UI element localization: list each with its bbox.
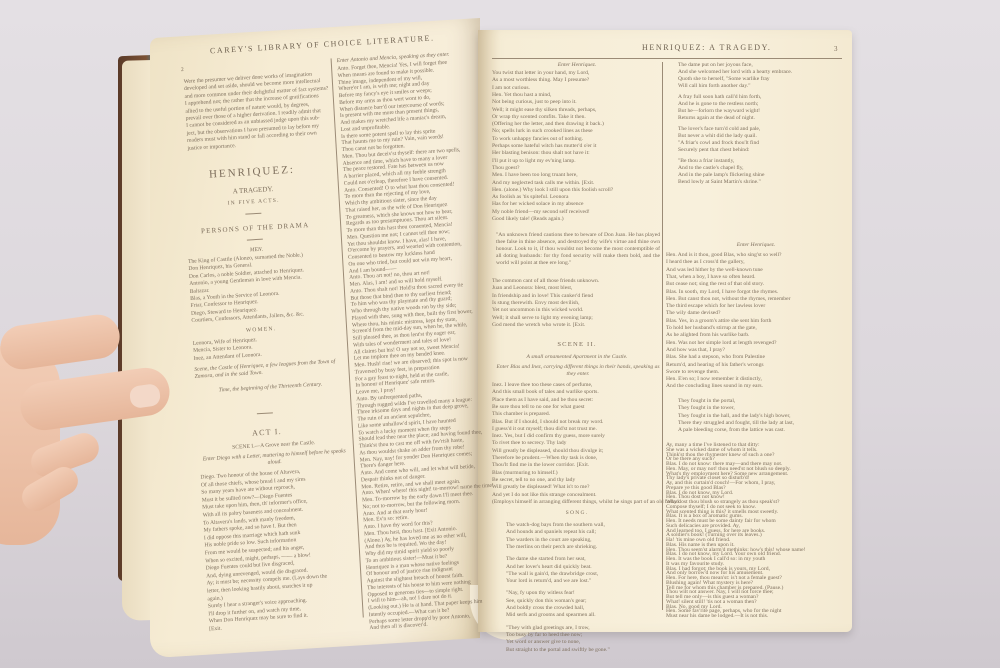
header-rule: [492, 58, 842, 59]
text-line: My noble friend—my second self received!: [492, 209, 590, 216]
acts-note: IN FIVE ACTS.: [199, 196, 309, 209]
verse-line: Returns again at the dead of night.: [678, 115, 755, 122]
text-line: God mend the wretch who wrote it. [Exit.: [492, 322, 585, 329]
text-line: I am not curious.: [492, 85, 530, 92]
photo-scene: 2 CAREY'S LIBRARY OF CHOICE LITERATURE. …: [0, 0, 1000, 668]
page-number-right: 3: [834, 46, 838, 54]
text-line: Be sure thou tell to no one for what gue…: [492, 404, 584, 411]
text-line: (Employs himself in arranging different …: [492, 499, 680, 506]
text-line: Good likely tale! (Reads again.): [492, 216, 564, 223]
text-line: Be secret, tell to no one, and thy lady: [492, 477, 575, 484]
verse-line: The watch-dog bays from the southern wal…: [506, 522, 605, 529]
text-line: Perhaps some hateful witch has mutter'd …: [492, 143, 596, 150]
index-finger: [0, 312, 122, 372]
scene2-setting: A small ornamented Apartment in the Cast…: [492, 354, 662, 361]
verse-line: Securely pent that chest behind:: [678, 147, 749, 154]
text-line: In friendship and in love! This canker'd…: [492, 293, 593, 300]
text-line: Her blasting benison: thou shalt not hav…: [492, 150, 590, 157]
enter-henriquez: Enter Henriquez.: [492, 62, 662, 69]
text-line: Has for her wicked solace in my absence: [492, 201, 583, 208]
text-line: A pale bleeding corse, from the lattice …: [678, 427, 785, 434]
verse-line: And her lover's heart did quickly beat.: [506, 564, 592, 571]
text-line: And how was that, I pray?: [666, 347, 725, 354]
text-line: This chamber is prepared.: [492, 411, 550, 418]
text-line: Blas. Yes, in a groom's attire she sent …: [666, 318, 771, 325]
text-line: The wily dame devised?: [666, 310, 721, 317]
text-line: Will greatly be displeased, should thou …: [492, 448, 603, 455]
text-line: Place them as I have said, and be thou s…: [492, 397, 593, 404]
text-line: The third escape which for her lawless l…: [666, 303, 765, 310]
act-heading: ACT I.: [212, 426, 322, 440]
verse-line: "The wall is gain'd, the drawbridge cros…: [506, 571, 598, 578]
text-line: Hen. E'en so; I now remember it distinct…: [666, 376, 762, 383]
text-line: And this small book of tales and warlike…: [492, 389, 599, 396]
text-line: Hen. (alone.) Why look I still upon this…: [492, 187, 613, 194]
verse-line: But straight to the portal and swiftly b…: [506, 647, 610, 654]
text-line: And yet I do not like this strange conce…: [492, 492, 597, 499]
text-line: As he alighted from his warlike barb.: [666, 332, 749, 339]
divider: [245, 213, 261, 215]
page-number-left: 2: [181, 67, 184, 74]
verse-line: Will call him forth another day.": [678, 83, 751, 90]
text-line: Swore to revenge them.: [666, 369, 719, 376]
women-heading: WOMEN.: [206, 324, 316, 337]
text-line: No; spells lurk in such crooked lines as…: [492, 128, 593, 135]
divider: [247, 239, 263, 241]
text-line: That, when a boy, I have so often heard.: [666, 274, 756, 281]
verse-line: Yet word or answer give to none,: [506, 639, 580, 646]
scene2-heading: SCENE II.: [492, 341, 662, 349]
text-line: But cease not; sing the rest of that old…: [666, 281, 764, 288]
text-line: Hen. Was not her simple lord at length r…: [666, 340, 777, 347]
text-line: They fought in the tower,: [678, 405, 735, 412]
text-line: Hen. But canst thou not, without the rhy…: [666, 296, 790, 303]
text-line: [Exit.: [209, 626, 222, 634]
verse-line: The dame she started from her seat,: [506, 556, 586, 563]
divider: [257, 412, 273, 414]
verse-line: Mid serfs and grooms and spearmen all.: [506, 612, 596, 619]
scene2-direction: Enter Blas and Inez, carrying different …: [492, 364, 664, 378]
left-page: 2 CAREY'S LIBRARY OF CHOICE LITERATURE. …: [159, 24, 508, 641]
text-line: And the concluding lines sound in my ear…: [666, 383, 763, 390]
running-head-right: HENRIQUEZ: A TRAGEDY.: [642, 44, 772, 52]
text-line: As a most worthless thing. May I presume…: [492, 77, 589, 84]
text-line: To rivet thee to secrecy. Thy lady: [492, 440, 566, 447]
text-line: I heard thee as I cross'd the gallery,: [666, 259, 745, 266]
text-line: Not being curious, just to peep into it.: [492, 99, 577, 106]
text-line: To work unhappy fancies out of nothing.: [492, 136, 583, 143]
right-page: HENRIQUEZ: A TRAGEDY. 3 Enter Henriquez.…: [482, 36, 848, 626]
persons-heading: PERSONS OF THE DRAMA: [190, 221, 320, 236]
text-line: Return'd, and hearing of his father's wr…: [666, 362, 764, 369]
text-line: The common cant of all those friends unk…: [492, 278, 599, 285]
time-note: Time, the beginning of the Thirteenth Ce…: [195, 380, 345, 396]
play-title: HENRIQUEZ:: [197, 166, 307, 180]
hand: [0, 305, 170, 555]
verse-line: Bend lowly at Saint Martin's shrine.": [678, 179, 761, 186]
text-line: Or wrap thy scented comfits. Take it the…: [492, 114, 586, 121]
text-line: They fought in the hall, and the lady's …: [678, 413, 790, 420]
text-line: Hen. And is it thou, good Blas, who sing…: [666, 252, 782, 259]
text-line: Must near his dame be lodged.—It is not …: [666, 613, 768, 620]
text-line: Yet not uncommon in this wicked world.: [492, 307, 583, 314]
text-line: There they struggled and fought, till th…: [678, 420, 794, 427]
enter-henriquez-2: Enter Henriquez.: [666, 242, 846, 249]
text-line: Men. I have been too long truant here,: [492, 172, 578, 179]
verse-line: And hounds and spaniels repeat his call;: [506, 529, 596, 536]
verse-line: Too busy by far to heed thee now;: [506, 632, 582, 639]
text-line: Will greatly be displeased! What is't to…: [492, 484, 589, 491]
text-line: Inez. Yes, but I did confirm thy guess, …: [492, 433, 605, 440]
text-line: Thou'lt find me in the lower corridor. […: [492, 462, 589, 469]
intro-paragraph: Were the presumer we deliver done works …: [183, 71, 323, 79]
play-subtitle: A TRAGEDY.: [198, 184, 308, 198]
verse-line: Your lord is return'd, and we are lost.": [506, 578, 591, 585]
text-line: Blas. But if I should, I should not brea…: [492, 419, 603, 426]
anonymous-letter: "An unknown friend cautions thee to bewa…: [496, 232, 660, 267]
text-line: (Offering her the letter, and then drawi…: [492, 121, 604, 128]
verse-line: The merlins on their perch are shrieking…: [506, 544, 597, 551]
text-line: Well; it shall serve to light my evening…: [492, 315, 593, 322]
verse-line: "They with glad greetings are, I trow,: [506, 625, 590, 632]
text-line: Juan and Leonora: blest, most blest,: [492, 285, 572, 292]
verse-line: See, quickly don this woman's gear;: [506, 598, 587, 605]
text-line: And my neglected task calls me within. […: [492, 180, 594, 187]
text-line: Thou goest?: [492, 165, 520, 172]
running-head-left: CAREY'S LIBRARY OF CHOICE LITERATURE.: [210, 34, 435, 55]
text-line: Blas. In sooth, my Lord, I have forgot t…: [666, 289, 778, 296]
text-line: Blas (murmuring to himself.): [492, 470, 558, 477]
text-line: And was led hither by the well-known tun…: [666, 267, 763, 274]
column-rule: [662, 62, 663, 610]
text-line: I guess'd it out myself; thou did'st not…: [492, 426, 597, 433]
text-line: Well; it might ease thy silken threads, …: [492, 107, 596, 114]
verse-line: The warders in the court are speaking,: [506, 537, 592, 544]
text-line: Is stung therewith. Envy most devilish,: [492, 300, 579, 307]
text-line: Blas. She had a stepson, who from Palest…: [666, 354, 765, 361]
song-heading: SONG.: [492, 510, 662, 517]
text-line: You twist that letter in your hand, my L…: [492, 70, 589, 77]
text-line: Hen. Yet thou hast a mind,: [492, 92, 551, 99]
text-line: justice or importance.: [187, 143, 236, 153]
text-line: I'll put it up to light my ev'ning lamp.: [492, 158, 576, 165]
verse-line: "Nay, fy upon thy witless fear!: [506, 590, 575, 597]
scene-note: Scene, the Castle of Henriquez, a few le…: [194, 358, 345, 381]
